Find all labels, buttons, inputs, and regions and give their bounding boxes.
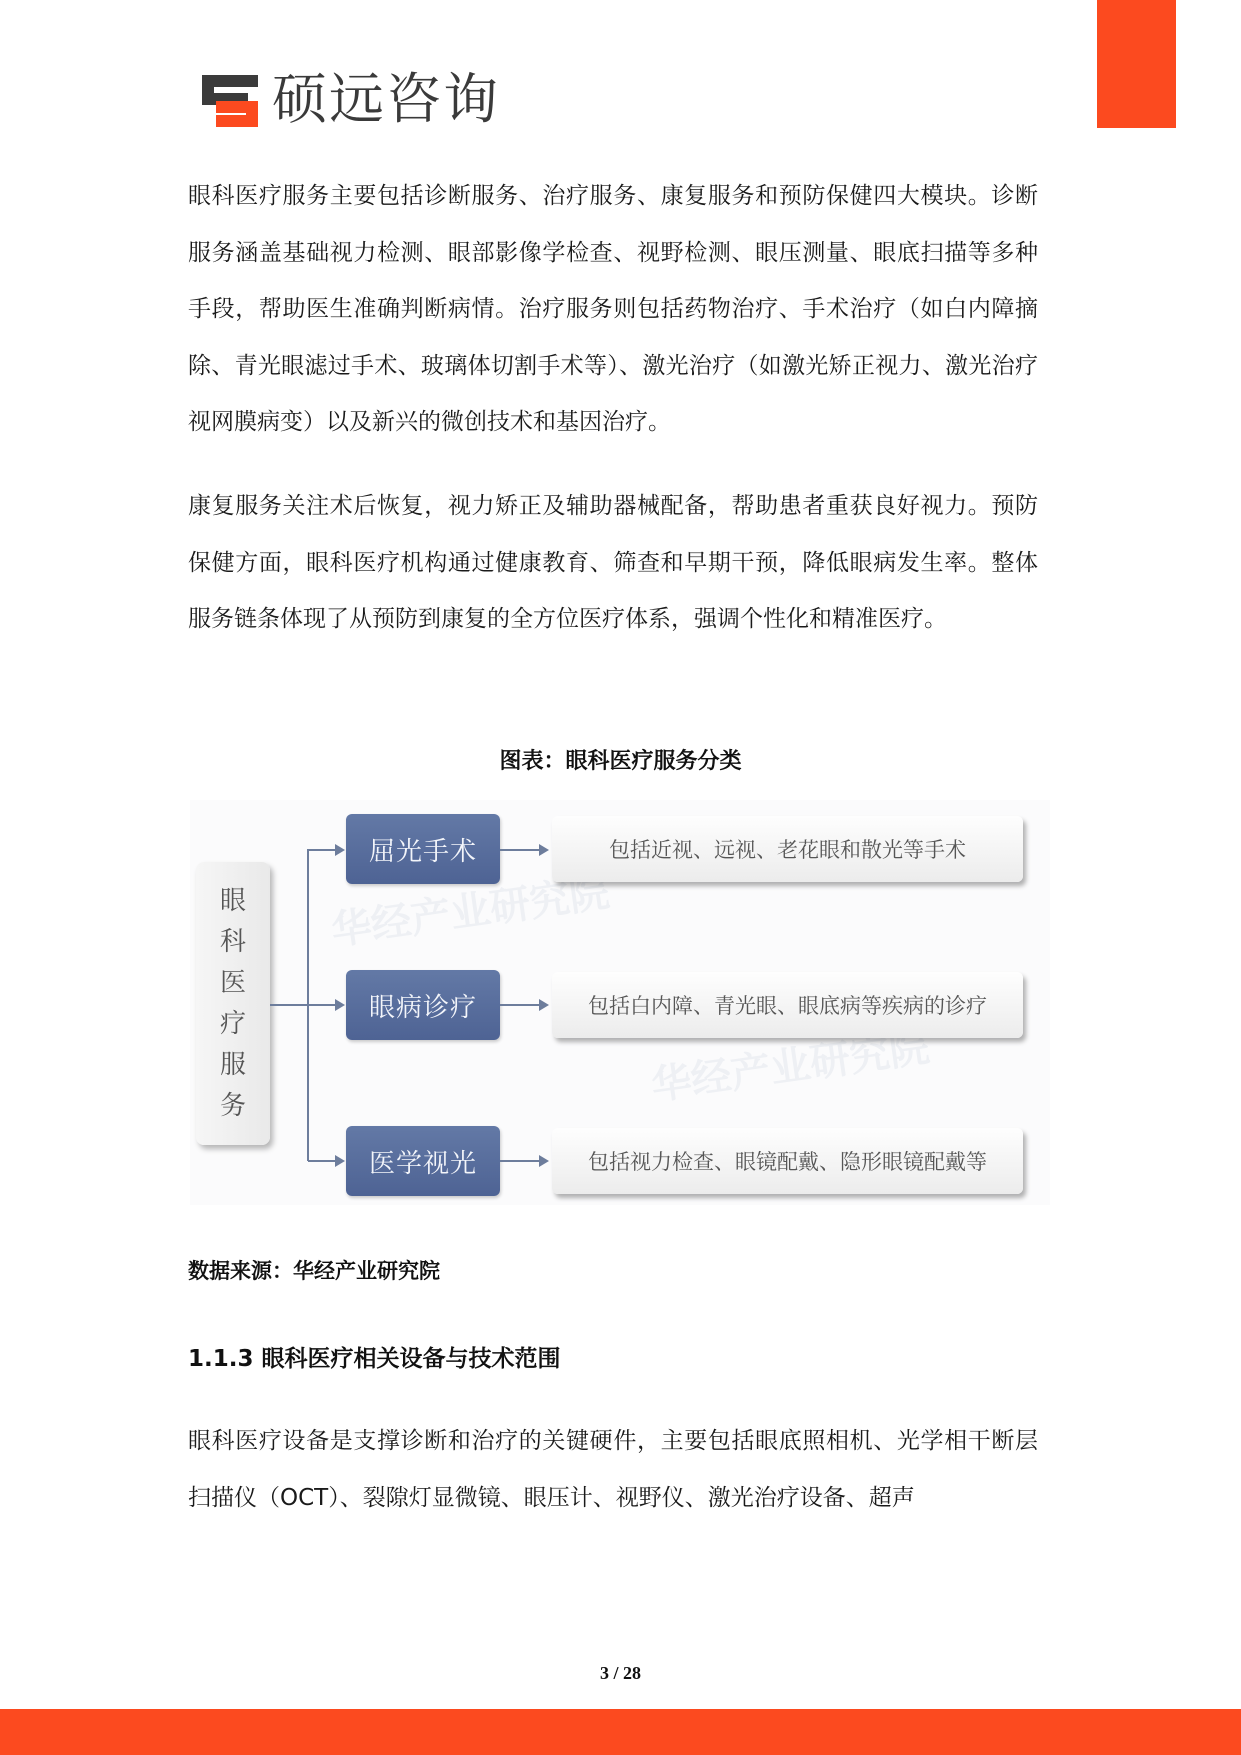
root-node-char: 务: [220, 1086, 246, 1127]
connector-branch-2: [308, 1004, 336, 1006]
arrow-right-icon: [539, 844, 549, 856]
arrow-right-icon: [335, 999, 345, 1011]
page-indicator: 3 / 28: [0, 1663, 1241, 1684]
data-source-caption: 数据来源：华经产业研究院: [188, 1255, 440, 1285]
footer-accent-bar: [0, 1709, 1241, 1755]
root-node-char: 医: [220, 963, 246, 1004]
paragraph-service-modules: 眼科医疗服务主要包括诊断服务、治疗服务、康复服务和预防保健四大模块。诊断服务涵盖…: [188, 168, 1038, 451]
arrow-right-icon: [335, 1155, 345, 1167]
arrow-right-icon: [539, 999, 549, 1011]
logo-mark-icon: [202, 71, 258, 127]
section-heading: 1.1.3 眼科医疗相关设备与技术范围: [188, 1340, 561, 1373]
root-node-char: 服: [220, 1045, 246, 1086]
connector-branch-3: [308, 1160, 336, 1162]
company-logo: 硕远咨询: [202, 70, 500, 128]
connector-branch-3-desc: [500, 1160, 540, 1162]
connector-branch-1-desc: [500, 849, 540, 851]
arrow-right-icon: [539, 1155, 549, 1167]
root-node-char: 眼: [220, 881, 246, 922]
connector-branch-1: [308, 849, 336, 851]
description-node-refractive-surgery: 包括近视、远视、老花眼和散光等手术: [552, 816, 1023, 882]
connector-root: [270, 1004, 308, 1006]
root-node-char: 科: [220, 922, 246, 963]
description-node-medical-optometry: 包括视力检查、眼镜配戴、隐形眼镜配戴等: [552, 1128, 1023, 1194]
paragraph-rehab-prevention: 康复服务关注术后恢复，视力矫正及辅助器械配备，帮助患者重获良好视力。预防保健方面…: [188, 478, 1038, 648]
root-node-char: 疗: [220, 1004, 246, 1045]
category-node-refractive-surgery: 屈光手术: [346, 814, 500, 884]
service-classification-diagram: 华经产业研究院 华经产业研究院 眼 科 医 疗 服 务 屈光手术 包括近视、远视…: [190, 800, 1050, 1205]
connector-branch-2-desc: [500, 1004, 540, 1006]
paragraph-equipment: 眼科医疗设备是支撑诊断和治疗的关键硬件，主要包括眼底照相机、光学相干断层扫描仪（…: [188, 1413, 1038, 1526]
arrow-right-icon: [335, 844, 345, 856]
root-node-ophthalmic-services: 眼 科 医 疗 服 务: [196, 862, 270, 1145]
category-node-medical-optometry: 医学视光: [346, 1126, 500, 1196]
figure-title: 图表：眼科医疗服务分类: [0, 744, 1241, 775]
description-node-eye-disease-treatment: 包括白内障、青光眼、眼底病等疾病的诊疗: [552, 972, 1023, 1038]
logo-text: 硕远咨询: [272, 70, 500, 128]
category-node-eye-disease-treatment: 眼病诊疗: [346, 970, 500, 1040]
corner-accent-tab: [1097, 0, 1176, 128]
